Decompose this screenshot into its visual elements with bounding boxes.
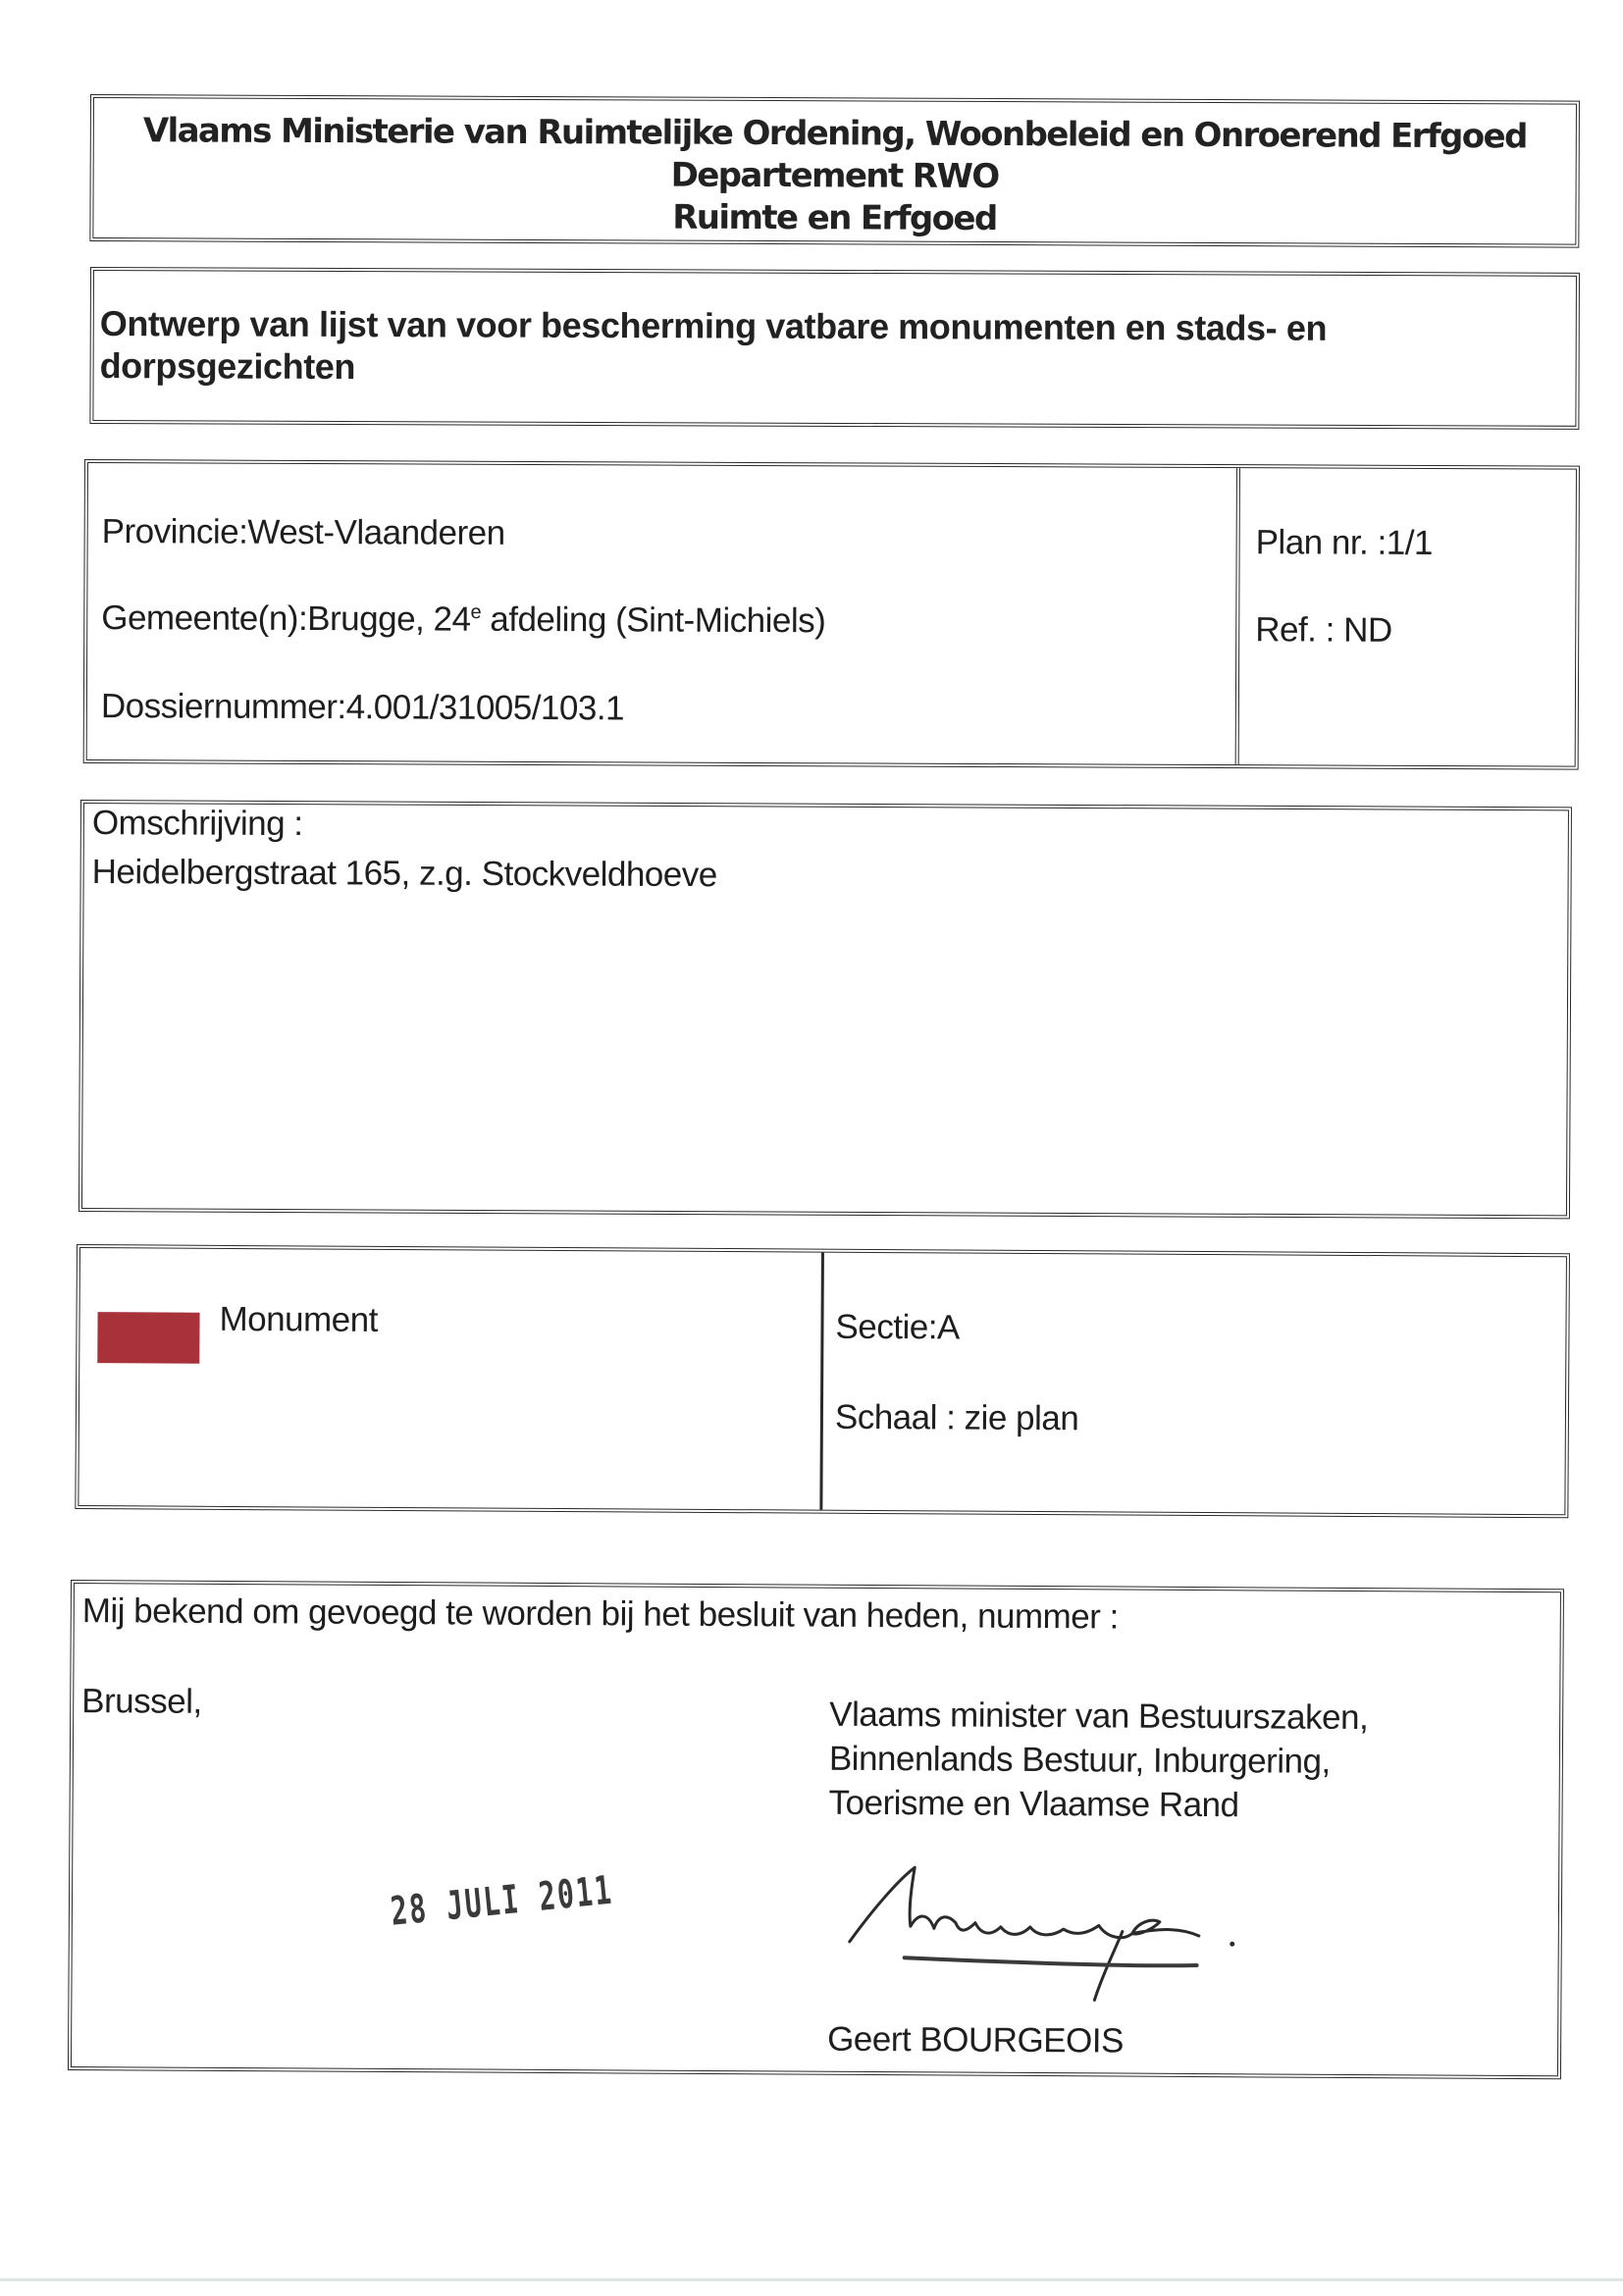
legend-box: Monument Sectie:A Schaal : zie plan (75, 1244, 1570, 1518)
date-stamp: 28 JULI 2011 (389, 1868, 615, 1935)
document-title-line-2: dorpsgezichten (100, 344, 1552, 392)
ministry-header: Vlaams Ministerie van Ruimtelijke Ordeni… (93, 110, 1576, 243)
description-value: Heidelbergstraat 165, z.g. Stockveldhoev… (92, 853, 717, 895)
location-box: Provincie:West-Vlaanderen Gemeente(n):Br… (83, 459, 1580, 770)
provincie-field: Provincie:West-Vlaanderen (102, 512, 505, 553)
signature-box: Mij bekend om gevoegd te worden bij het … (68, 1580, 1564, 2079)
schaal-field: Schaal : zie plan (835, 1398, 1079, 1439)
department-name: Departement RWO (94, 152, 1576, 201)
signatory-name: Geert BOURGEOIS (827, 2020, 1124, 2061)
reference: Ref. : ND (1255, 610, 1392, 651)
ministry-name: Vlaams Ministerie van Ruimtelijke Ordeni… (94, 110, 1576, 159)
gemeente-prefix: Gemeente(n):Brugge, 24 (101, 599, 470, 639)
dossiernummer-field: Dossiernummer:4.001/31005/103.1 (101, 687, 624, 728)
legend-monument-label: Monument (219, 1300, 378, 1340)
signature-icon (827, 1852, 1378, 2021)
description-box: Omschrijving : Heidelbergstraat 165, z.g… (79, 800, 1572, 1219)
description-label: Omschrijving : (92, 804, 303, 844)
place-text: Brussel, (81, 1682, 202, 1722)
statement-text: Mij bekend om gevoegd te worden bij het … (82, 1592, 1119, 1637)
ministry-header-box: Vlaams Ministerie van Ruimtelijke Ordeni… (89, 94, 1580, 248)
gemeente-suffix: afdeling (Sint-Michiels) (481, 600, 825, 641)
document-title: Ontwerp van lijst van voor bescherming v… (100, 302, 1552, 392)
plan-number: Plan nr. :1/1 (1256, 523, 1433, 563)
minister-title-line-1: Vlaams minister van Bestuurszaken, (829, 1693, 1368, 1740)
document-title-line-1: Ontwerp van lijst van voor bescherming v… (100, 302, 1552, 350)
gemeente-superscript: e (470, 601, 481, 623)
legend-divider (819, 1253, 824, 1510)
sectie-field: Sectie:A (835, 1308, 960, 1348)
minister-title: Vlaams minister van Bestuurszaken, Binne… (828, 1693, 1368, 1828)
location-divider (1235, 468, 1240, 764)
document-title-box: Ontwerp van lijst van voor bescherming v… (89, 267, 1580, 430)
minister-title-line-3: Toerisme en Vlaamse Rand (828, 1781, 1367, 1828)
minister-title-line-2: Binnenlands Bestuur, Inburgering, (829, 1737, 1368, 1784)
page-bottom-edge (0, 2278, 1623, 2281)
gemeente-field: Gemeente(n):Brugge, 24e afdeling (Sint-M… (101, 599, 825, 641)
division-name: Ruimte en Erfgoed (93, 194, 1575, 243)
monument-color-swatch (97, 1312, 199, 1364)
